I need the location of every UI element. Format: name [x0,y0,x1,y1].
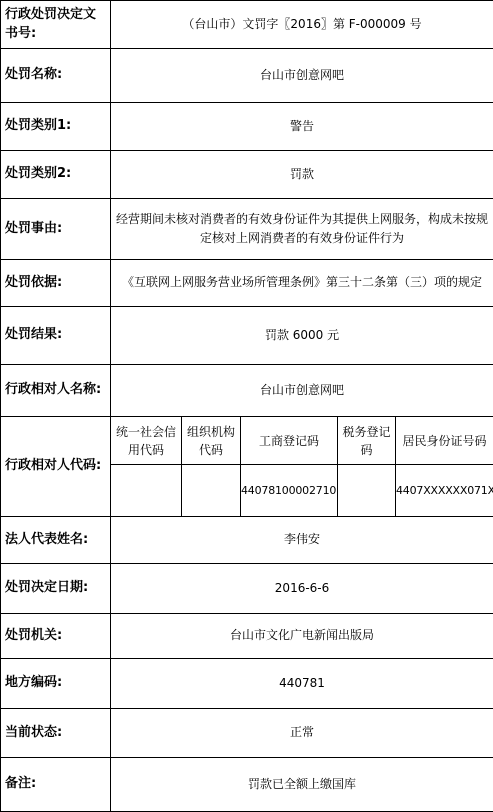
subcol-value-organization-code [182,465,241,517]
table-row-penalty-name: 处罚名称: 台山市创意网吧 [1,49,493,103]
field-value-current-status: 正常 [111,709,493,758]
field-value-penalty-basis: 《互联网上网服务营业场所管理条例》第三十二条第（三）项的规定 [111,260,493,307]
field-label-penalty-type-1: 处罚类别1: [1,103,111,151]
field-label-legal-representative: 法人代表姓名: [1,517,111,564]
subcol-value-tax-registration-code [338,465,396,517]
field-value-local-code: 440781 [111,659,493,709]
field-label-counterpart-code: 行政相对人代码: [1,417,111,517]
table-row-legal-representative: 法人代表姓名: 李伟安 [1,517,493,564]
field-value-remarks: 罚款已全额上缴国库 [111,758,493,812]
field-label-penalty-reason: 处罚事由: [1,199,111,260]
field-label-penalty-authority: 处罚机关: [1,614,111,659]
subcol-header-organization-code: 组织机构代码 [182,417,241,465]
table-row-counterpart-name: 行政相对人名称: 台山市创意网吧 [1,365,493,417]
field-label-counterpart-name: 行政相对人名称: [1,365,111,417]
subcol-header-resident-id-number: 居民身份证号码 [396,417,493,465]
field-value-penalty-type-2: 罚款 [111,151,493,199]
table-row-penalty-basis: 处罚依据: 《互联网上网服务营业场所管理条例》第三十二条第（三）项的规定 [1,260,493,307]
table-row-penalty-authority: 处罚机关: 台山市文化广电新闻出版局 [1,614,493,659]
field-label-penalty-name: 处罚名称: [1,49,111,103]
table-row-penalty-result: 处罚结果: 罚款 6000 元 [1,307,493,365]
table-row-penalty-type-1: 处罚类别1: 警告 [1,103,493,151]
subcol-value-business-registration-code: 440781000027101 [241,465,338,517]
penalty-record-document: 行政处罚决定文书号: （台山市）文罚字〖2016〗第 F-000009 号 处罚… [0,0,493,811]
field-value-legal-representative: 李伟安 [111,517,493,564]
subcol-header-business-registration-code: 工商登记码 [241,417,338,465]
penalty-table: 行政处罚决定文书号: （台山市）文罚字〖2016〗第 F-000009 号 处罚… [0,0,493,812]
table-row-decision-date: 处罚决定日期: 2016-6-6 [1,564,493,614]
field-value-penalty-authority: 台山市文化广电新闻出版局 [111,614,493,659]
table-row-counterpart-code-headers: 行政相对人代码: 统一社会信用代码 组织机构代码 工商登记码 税务登记码 居民身… [1,417,493,465]
field-label-penalty-basis: 处罚依据: [1,260,111,307]
subcol-value-resident-id-number: 4407XXXXXX071X [396,465,493,517]
subcol-value-unified-social-credit-code [111,465,182,517]
field-label-penalty-type-2: 处罚类别2: [1,151,111,199]
table-row-local-code: 地方编码: 440781 [1,659,493,709]
field-label-penalty-result: 处罚结果: [1,307,111,365]
table-row-document-number: 行政处罚决定文书号: （台山市）文罚字〖2016〗第 F-000009 号 [1,1,493,49]
field-value-penalty-name: 台山市创意网吧 [111,49,493,103]
field-value-penalty-result: 罚款 6000 元 [111,307,493,365]
table-row-penalty-reason: 处罚事由: 经营期间未核对消费者的有效身份证件为其提供上网服务，构成未按规定核对… [1,199,493,260]
field-label-document-number: 行政处罚决定文书号: [1,1,111,49]
field-label-local-code: 地方编码: [1,659,111,709]
field-value-decision-date: 2016-6-6 [111,564,493,614]
field-value-penalty-type-1: 警告 [111,103,493,151]
subcol-header-unified-social-credit-code: 统一社会信用代码 [111,417,182,465]
field-label-remarks: 备注: [1,758,111,812]
table-row-penalty-type-2: 处罚类别2: 罚款 [1,151,493,199]
table-row-current-status: 当前状态: 正常 [1,709,493,758]
table-row-remarks: 备注: 罚款已全额上缴国库 [1,758,493,812]
field-label-decision-date: 处罚决定日期: [1,564,111,614]
field-label-current-status: 当前状态: [1,709,111,758]
field-value-penalty-reason: 经营期间未核对消费者的有效身份证件为其提供上网服务，构成未按规定核对上网消费者的… [111,199,493,260]
subcol-header-tax-registration-code: 税务登记码 [338,417,396,465]
field-value-counterpart-name: 台山市创意网吧 [111,365,493,417]
field-value-document-number: （台山市）文罚字〖2016〗第 F-000009 号 [111,1,493,49]
